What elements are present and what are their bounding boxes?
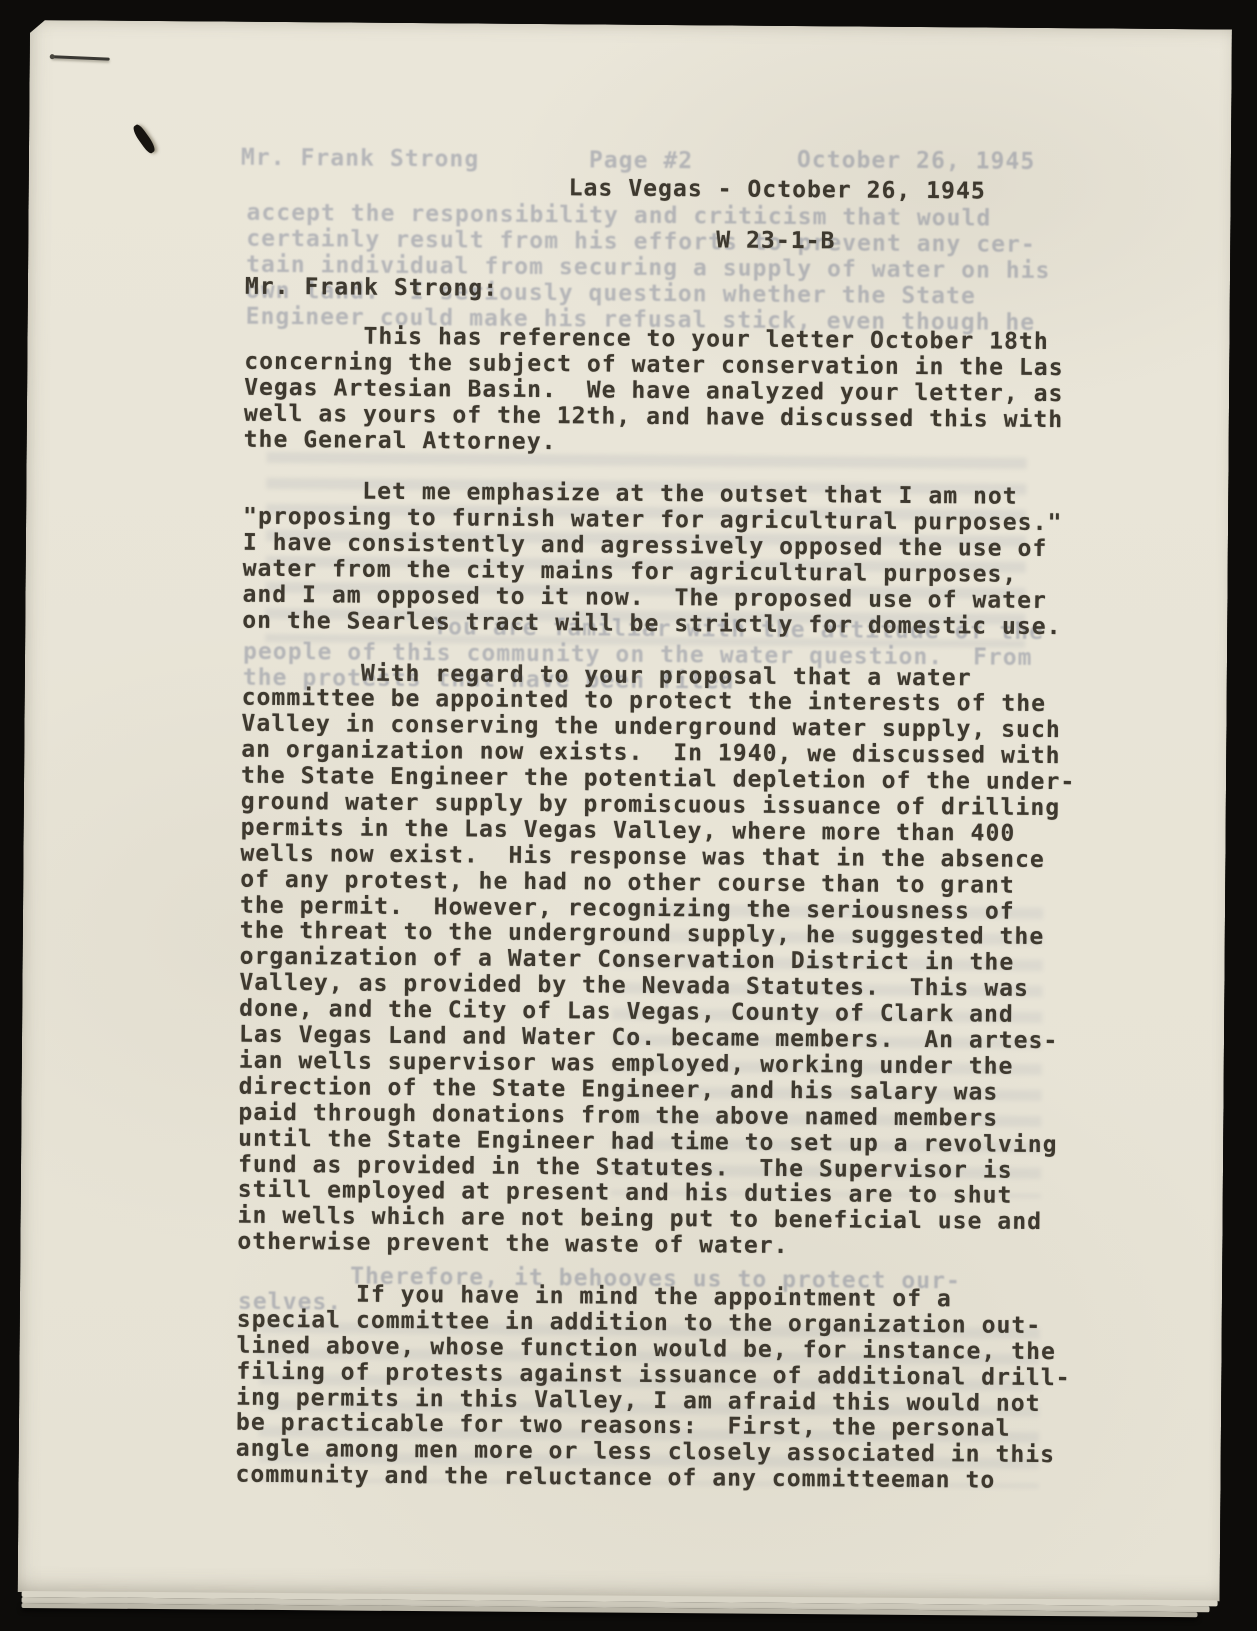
ghost-line: certainly result from his efforts to pre… — [246, 227, 1036, 259]
tear-mark — [131, 123, 158, 155]
paragraph: This has reference to your letter Octobe… — [244, 324, 1165, 461]
paper-sheet: Mr. Frank StrongPage #2October 26, 1945a… — [18, 20, 1232, 1601]
ghost-line: October 26, 1945 — [797, 148, 1036, 176]
paper: Mr. Frank StrongPage #2October 26, 1945a… — [18, 20, 1232, 1601]
paragraph: If you have in mind the appointment of a… — [235, 1282, 1157, 1496]
letter-date: Las Vegas - October 26, 1945 — [569, 175, 986, 204]
ghost-line: Mr. Frank Strong — [241, 146, 480, 174]
scan-background: Mr. Frank StrongPage #2October 26, 1945a… — [0, 0, 1257, 1631]
ghost-line: accept the responsibility and criticism … — [246, 201, 991, 233]
letter-line: on the Searles tract will be strictly fo… — [242, 608, 1162, 641]
staple — [52, 55, 110, 60]
letter-reference: W 23-1-B — [716, 227, 835, 254]
paragraph: Let me emphasize at the outset that I am… — [242, 479, 1163, 642]
letter-salutation: Mr. Frank Strong: — [245, 274, 498, 302]
letter-body: This has reference to your letter Octobe… — [235, 324, 1164, 1522]
ghost-line: Page #2 — [589, 148, 693, 175]
paragraph: With regard to your proposal that a wate… — [237, 660, 1162, 1263]
